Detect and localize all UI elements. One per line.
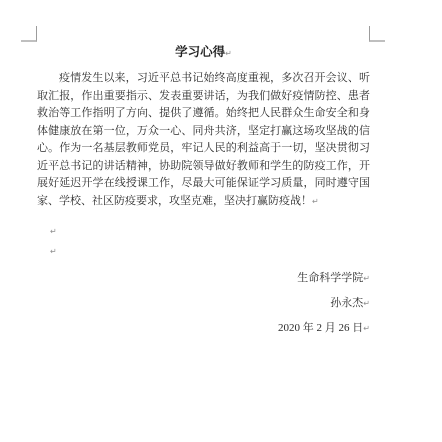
signature-name[interactable]: 孙永杰↵ <box>37 291 370 316</box>
document-content: 学习心得↵ 疫情发生以来，习近平总书记始终高度重视，多次召开会议、听取汇报，作出… <box>37 44 370 341</box>
document-page: 学习心得↵ 疫情发生以来，习近平总书记始终高度重视，多次召开会议、听取汇报，作出… <box>0 0 442 442</box>
paragraph-mark-icon: ↵ <box>363 299 370 308</box>
text-boundary-mark-top-left <box>21 26 37 42</box>
body-paragraph-text: 疫情发生以来，习近平总书记始终高度重视，多次召开会议、听取汇报，作出重要指示、发… <box>37 72 370 207</box>
signature-organization[interactable]: 生命科学学院↵ <box>37 266 370 291</box>
paragraph-mark-icon: ↵ <box>50 247 57 256</box>
paragraph-mark-icon: ↵ <box>363 274 370 283</box>
paragraph-mark-icon: ↵ <box>50 227 57 236</box>
empty-paragraph[interactable]: ↵ <box>37 220 370 240</box>
empty-paragraph[interactable]: ↵ <box>37 240 370 260</box>
signature-name-text: 孙永杰 <box>330 297 363 309</box>
text-boundary-mark-top-right <box>369 26 385 42</box>
document-title-text: 学习心得 <box>175 45 225 59</box>
signature-block: 生命科学学院↵ 孙永杰↵ 2020 年 2 月 26 日↵ <box>37 266 370 341</box>
document-title[interactable]: 学习心得↵ <box>37 44 370 62</box>
paragraph-mark-icon: ↵ <box>225 49 232 58</box>
signature-organization-text: 生命科学学院 <box>297 272 363 284</box>
paragraph-mark-icon: ↵ <box>363 324 370 333</box>
signature-date-text: 2020 年 2 月 26 日 <box>278 322 363 334</box>
paragraph-mark-icon: ↵ <box>312 197 319 206</box>
body-paragraph[interactable]: 疫情发生以来，习近平总书记始终高度重视，多次召开会议、听取汇报，作出重要指示、发… <box>37 70 370 210</box>
signature-date[interactable]: 2020 年 2 月 26 日↵ <box>37 316 370 341</box>
